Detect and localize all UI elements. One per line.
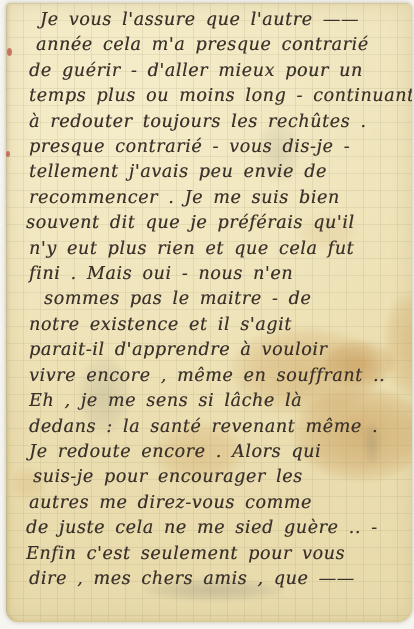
handwritten-line: vivre encore , même en souffrant .. [29, 364, 412, 389]
handwritten-line: autres me direz-vous comme [29, 491, 412, 516]
handwritten-line: temps plus ou moins long - continuant [29, 84, 412, 109]
handwritten-line: fini . Mais oui - nous n'en [29, 262, 412, 287]
handwritten-line: souvent dit que je préférais qu'il [26, 211, 412, 236]
handwritten-line: tellement j'avais peu envie de [29, 160, 412, 185]
letter-page: Je vous l'assure que l'autre —— année ce… [6, 3, 412, 622]
handwritten-line: suis-je pour encourager les [33, 465, 412, 490]
handwritten-line: n'y eut plus rien et que cela fut [29, 237, 412, 262]
letter-scan: Je vous l'assure que l'autre —— année ce… [0, 0, 414, 629]
handwritten-line: Eh , je me sens si lâche là [29, 389, 412, 414]
handwritten-line: Enfin c'est seulement pour vous [26, 542, 412, 567]
handwritten-line: notre existence et il s'agit [29, 313, 412, 338]
handwritten-line: Je redoute encore . Alors qui [29, 440, 412, 465]
handwritten-line: presque contrarié - vous dis-je - [29, 135, 412, 160]
handwritten-line: parait-il d'apprendre à vouloir [29, 338, 412, 363]
handwritten-line: année cela m'a presque contrarié [36, 33, 412, 58]
handwritten-line: recommencer . Je me suis bien [29, 186, 412, 211]
handwritten-line: sommes pas le maitre - de [44, 287, 412, 312]
handwritten-line: dire , mes chers amis , que —— [29, 567, 412, 592]
handwritten-line: à redouter toujours les rechûtes . [29, 110, 412, 135]
handwritten-line: dedans : la santé revenant même . [29, 415, 412, 440]
handwritten-text: Je vous l'assure que l'autre —— année ce… [6, 8, 412, 592]
handwritten-line: Je vous l'assure que l'autre —— [40, 8, 412, 33]
handwritten-line: de juste cela ne me sied guère .. - [26, 516, 412, 541]
handwritten-line: de guérir - d'aller mieux pour un [29, 59, 412, 84]
